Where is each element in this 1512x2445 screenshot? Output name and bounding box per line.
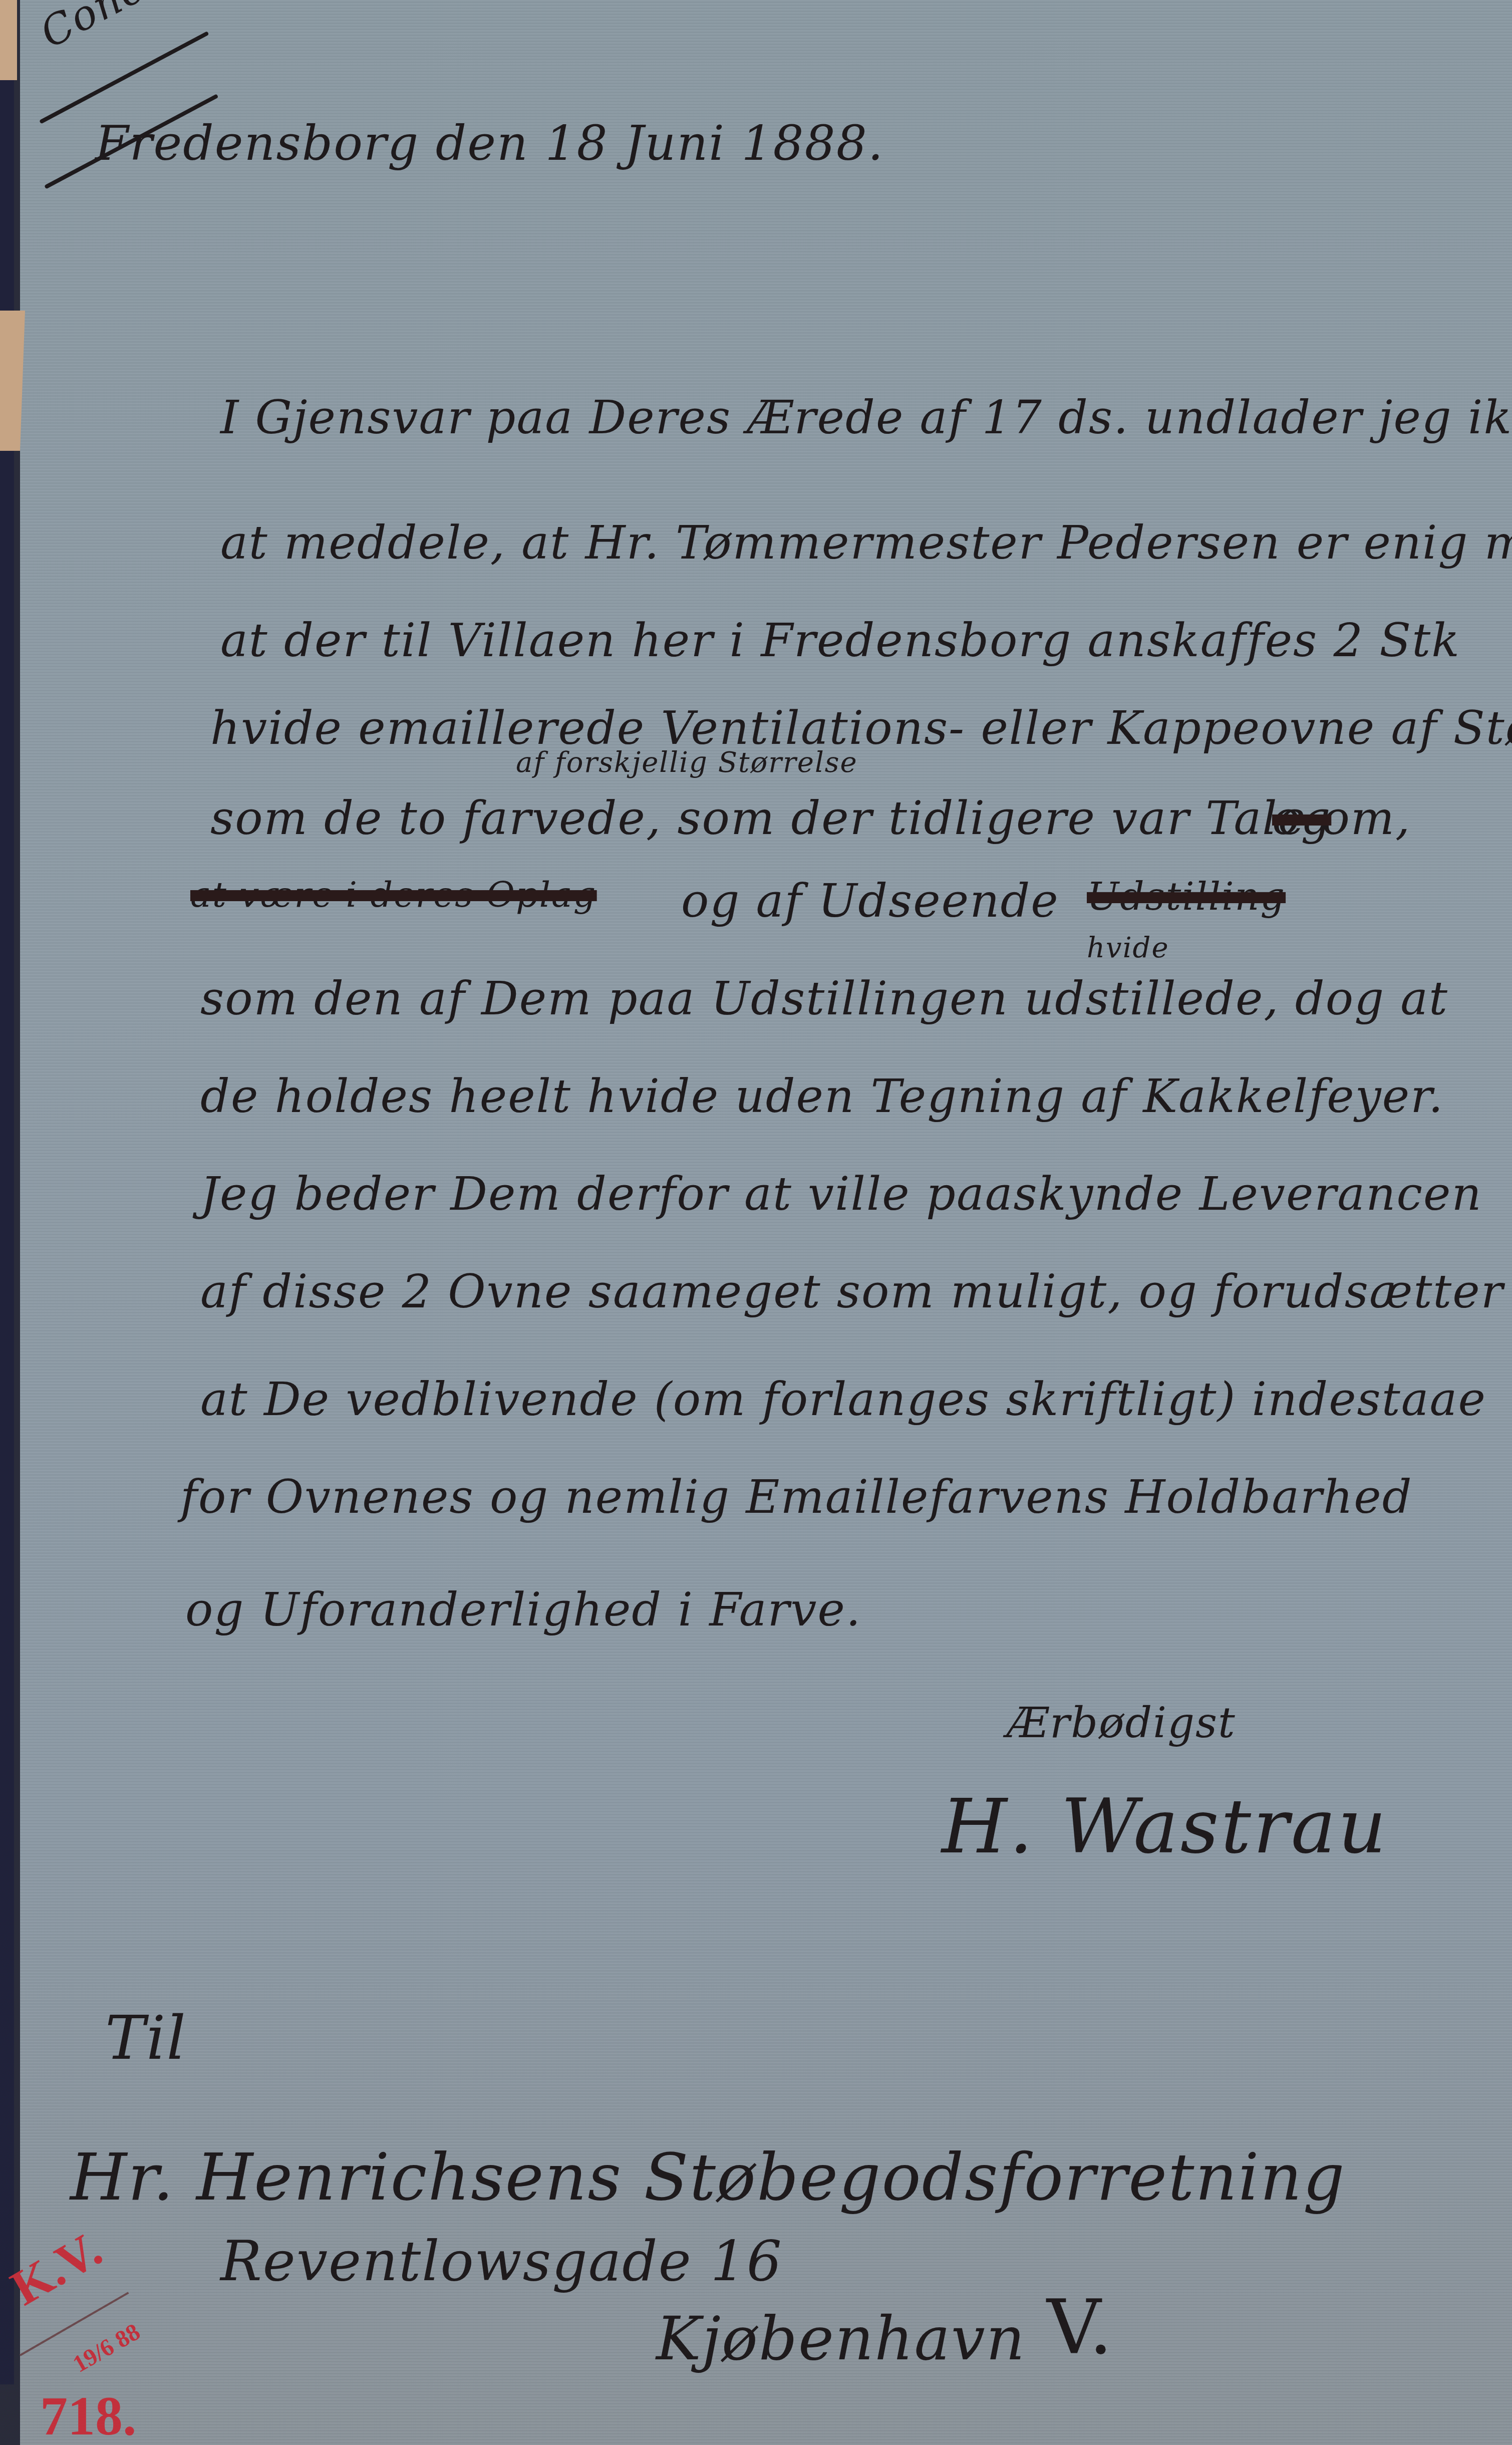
archive-stamp-code: K.V. xyxy=(2,2220,112,2317)
address-city: Kjøbenhavn xyxy=(656,2304,1026,2374)
letter-page: Concept. Fredensborg den 18 Juni 1888. I… xyxy=(20,0,1512,2445)
body-line-12: for Ovnenes og nemlig Emaillefarvens Hol… xyxy=(180,1470,1413,1524)
body-line-2: at meddele, at Hr. Tømmermester Pedersen… xyxy=(220,516,1512,570)
body-line-8: de holdes heelt hvide uden Tegning af Ka… xyxy=(200,1069,1444,1123)
address-to: Til xyxy=(105,2004,187,2073)
archive-binding-strip xyxy=(0,0,17,80)
closing-salutation: Ærbødigst xyxy=(1007,1698,1236,1747)
body-line-6: og af Udseende xyxy=(681,874,1059,928)
address-recipient: Hr. Henrichsens Støbegodsforretning xyxy=(70,2139,1346,2215)
address-street: Reventlowsgade 16 xyxy=(220,2229,783,2293)
archive-stamp-number: 718. xyxy=(40,2384,137,2445)
body-line-3: at der til Villaen her i Fredensborg ans… xyxy=(220,614,1460,667)
signature: H. Wastrau xyxy=(942,1783,1388,1870)
insertion-size: af forskjellig Størrelse xyxy=(516,746,858,779)
body-line-9: Jeg beder Dem derfor at ville paaskynde … xyxy=(200,1167,1482,1221)
concept-label: Concept. xyxy=(33,0,226,58)
body-line-13: og Uforanderlighed i Farve. xyxy=(185,1583,861,1637)
insertion-hvide: hvide xyxy=(1087,932,1169,964)
struck-word-udstilling: Udstilling xyxy=(1087,874,1286,919)
archive-stamp-date: 19/6 88 xyxy=(68,2318,145,2378)
struck-word-og: og xyxy=(1272,791,1331,845)
body-line-5: som de to farvede, som der tidligere var… xyxy=(210,791,1411,845)
place-date: Fredensborg den 18 Juni 1888. xyxy=(95,115,884,171)
struck-phrase-oplag: at være i deres Oplag xyxy=(190,874,597,915)
body-line-1: I Gjensvar paa Deres Ærede af 17 ds. und… xyxy=(220,391,1512,444)
body-line-11: at De vedblivende (om forlanges skriftli… xyxy=(200,1373,1486,1426)
body-line-4: hvide emaillerede Ventilations- eller Ka… xyxy=(210,701,1512,755)
address-district: V. xyxy=(1047,2284,1114,2371)
body-line-10: af disse 2 Ovne saameget som muligt, og … xyxy=(200,1265,1504,1318)
body-line-7: som den af Dem paa Udstillingen udstille… xyxy=(200,972,1448,1025)
